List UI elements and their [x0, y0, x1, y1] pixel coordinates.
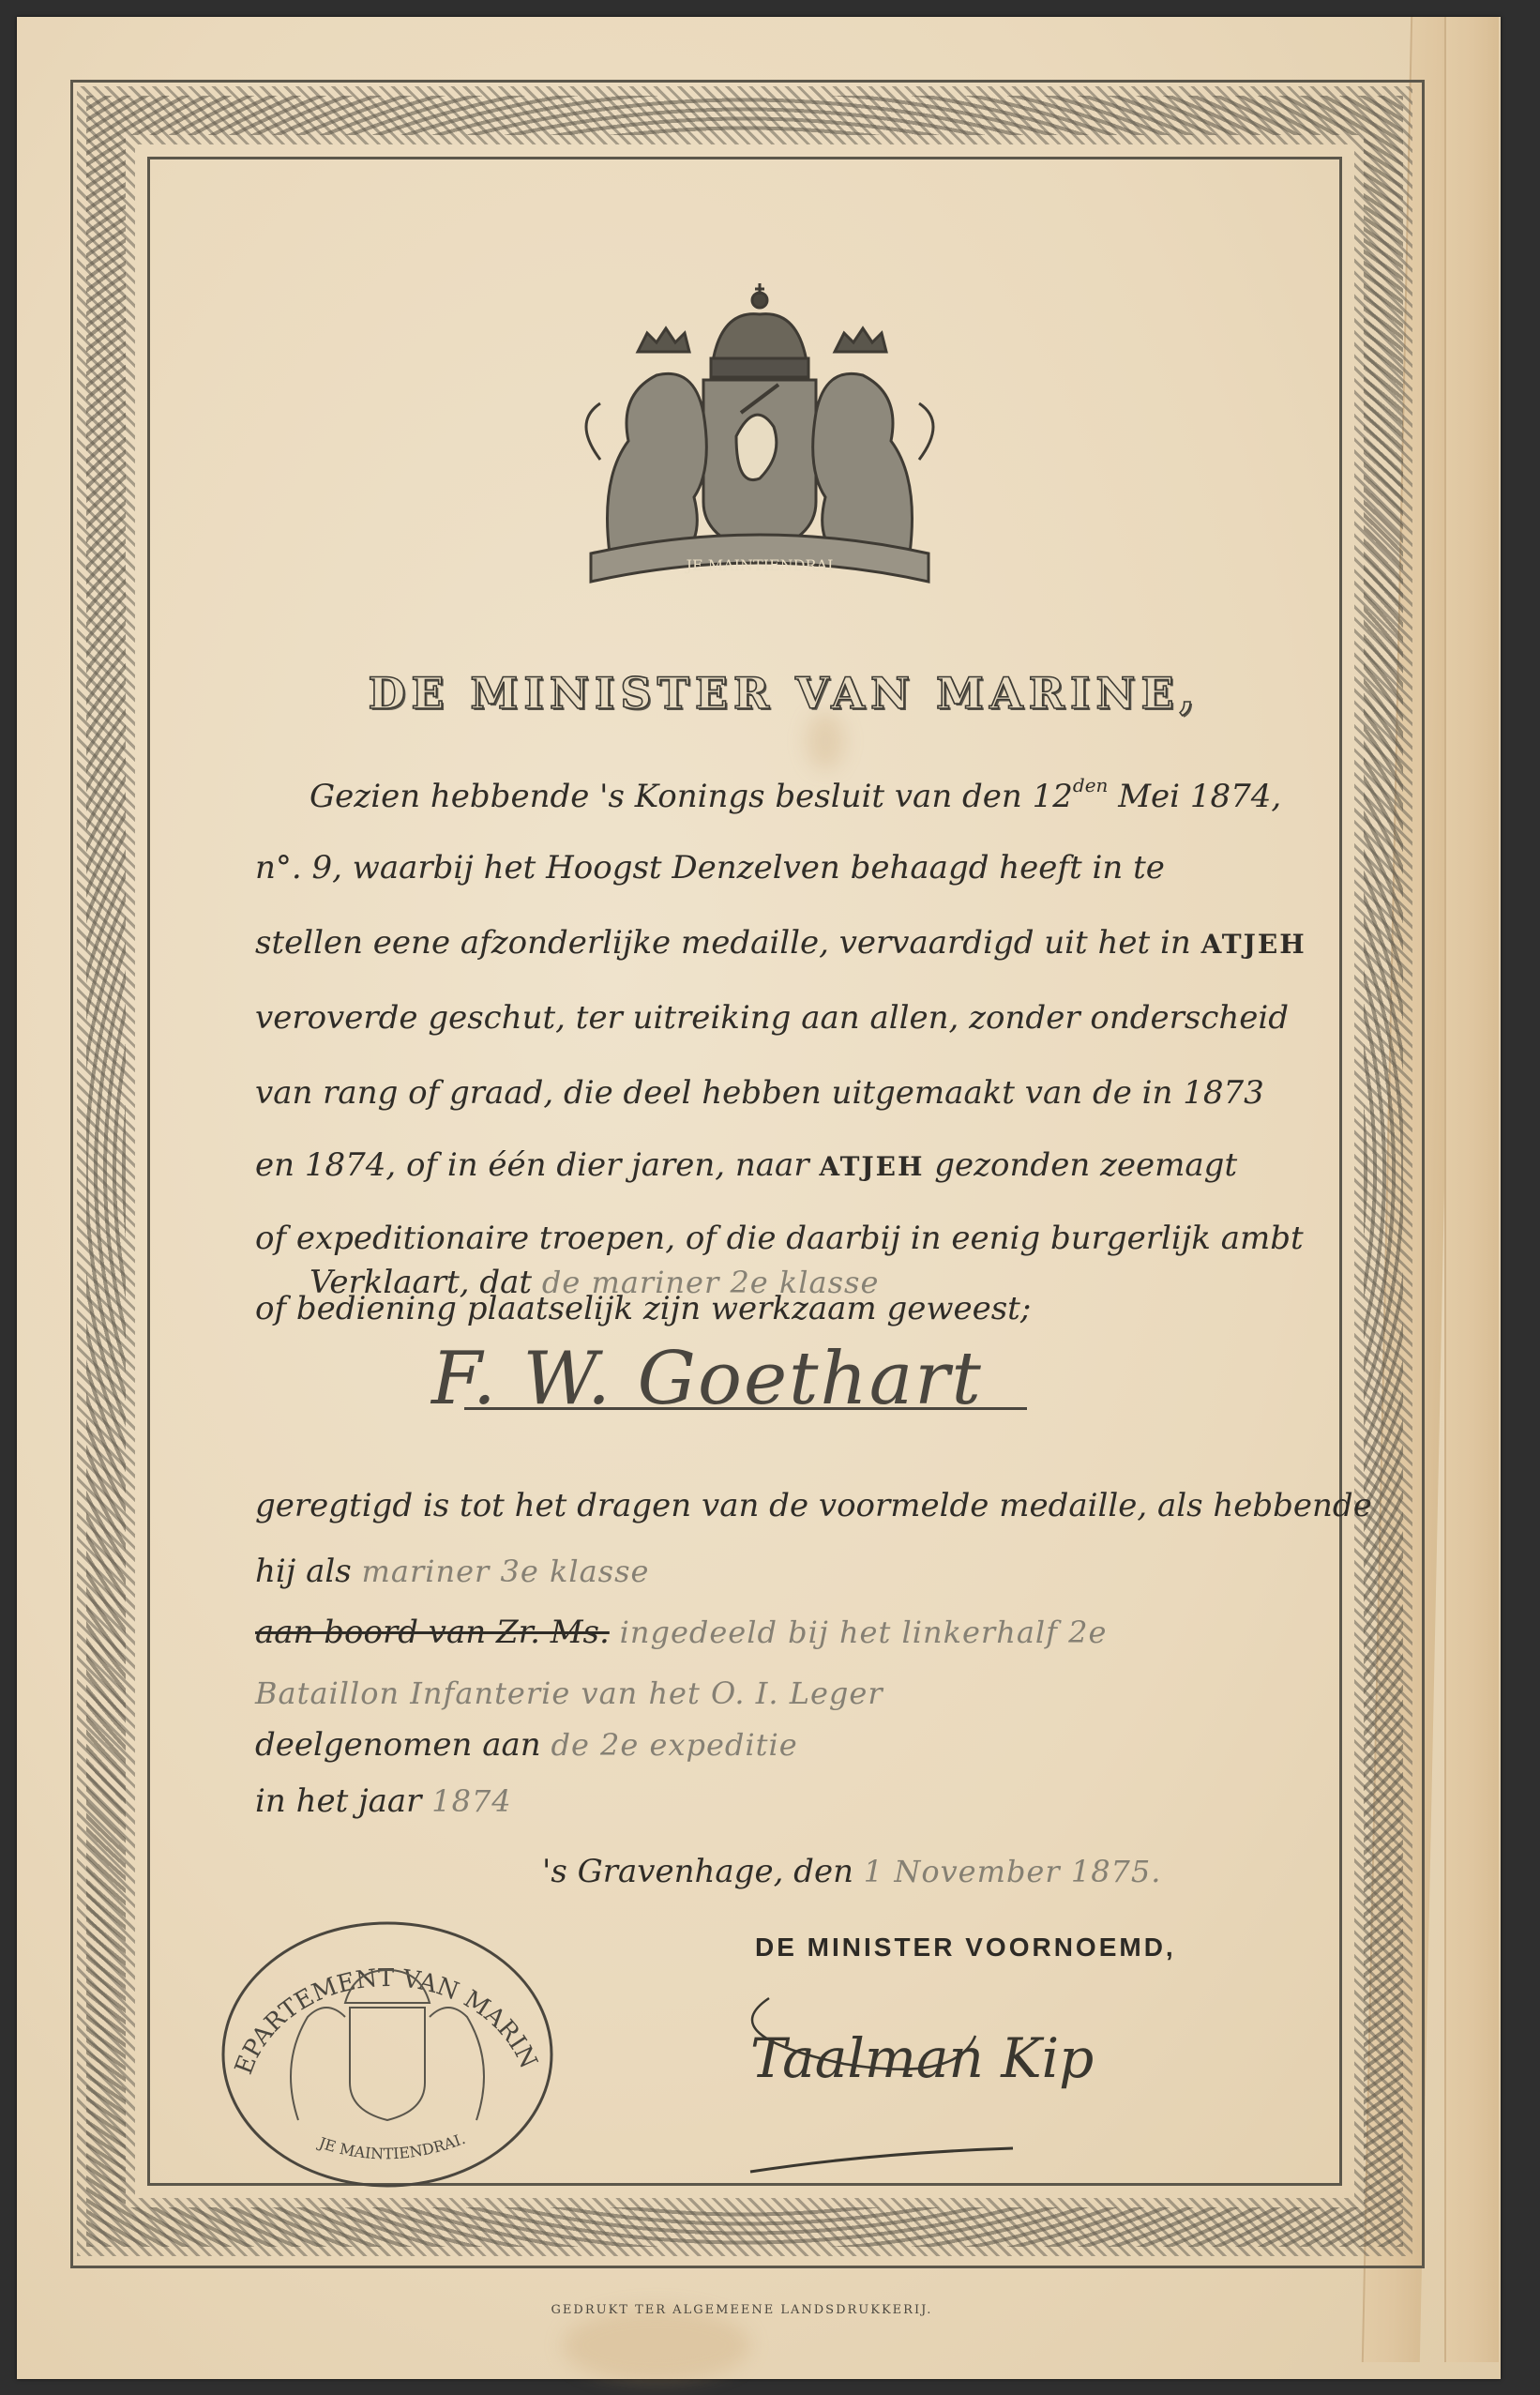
entitlement-line-6: in het jaar 1874	[255, 1782, 512, 1820]
declaration-label: Verklaart, dat	[310, 1264, 532, 1301]
printer-imprint: GEDRUKT TER ALGEMEENE LANDSDRUKKERIJ.	[0, 2303, 1484, 2317]
department-seal-icon: DEPARTEMENT VAN MARINE. JE MAINTIENDRAI.	[214, 1914, 561, 2195]
preamble-line-6: en 1874, of in één dier jaren, naar ATJE…	[255, 1146, 1237, 1184]
entitlement-label: hij als	[255, 1553, 352, 1590]
preamble-line-3: stellen eene afzonderlijke medaille, ver…	[255, 924, 1306, 962]
entitlement-line-3: aan boord van Zr. Ms. ingedeeld bij het …	[255, 1614, 1107, 1651]
preamble-line-1: Gezien hebbende 's Konings besluit van d…	[310, 774, 1281, 815]
struck-through-text: aan boord van Zr. Ms.	[255, 1614, 610, 1651]
preamble-text: stellen eene afzonderlijke medaille, ver…	[255, 924, 1201, 962]
handwritten-year: 1874	[431, 1783, 511, 1819]
entitlement-label: in het jaar	[255, 1782, 421, 1820]
entitlement-line-1: geregtigd is tot het dragen van de voorm…	[255, 1487, 1372, 1524]
handwritten-unit: ingedeeld bij het linkerhalf 2e	[620, 1614, 1108, 1650]
signatory-title: DE MINISTER VOORNOEMD,	[755, 1933, 1176, 1963]
svg-text:JE MAINTIENDRAI.: JE MAINTIENDRAI.	[315, 2130, 468, 2162]
handwritten-date: 1 November 1875.	[864, 1854, 1162, 1889]
handwritten-rank-2: mariner 3e klasse	[362, 1554, 650, 1589]
entitlement-line-2: hij als mariner 3e klasse	[255, 1553, 649, 1590]
certificate-title: DE MINISTER VAN MARINE,	[0, 668, 1540, 719]
preamble-line-2: n°. 9, waarbij het Hoogst Denzelven beha…	[255, 849, 1165, 887]
superscript: den	[1073, 774, 1109, 796]
atjeh-emphasis: ATJEH	[819, 1151, 924, 1182]
preamble-line-4: veroverde geschut, ter uitreiking aan al…	[255, 999, 1289, 1037]
paper-fold-edge-outer	[1444, 17, 1499, 2362]
name-underline	[464, 1407, 1027, 1410]
place-date-line: 's Gravenhage, den 1 November 1875.	[542, 1853, 1161, 1890]
preamble-line-5: van rang of graad, die deel hebben uitge…	[255, 1074, 1264, 1112]
signature-flourish-icon	[732, 1979, 1125, 2186]
handwritten-battalion: Bataillon Infanterie van het O. I. Leger	[255, 1675, 883, 1711]
entitlement-line-5: deelgenomen aan de 2e expeditie	[255, 1726, 798, 1764]
preamble-line-7: of expeditionaire troepen, of die daarbi…	[255, 1220, 1304, 1257]
preamble-text: en 1874, of in één dier jaren, naar	[255, 1146, 819, 1184]
handwritten-expedition: de 2e expeditie	[551, 1727, 797, 1763]
entitlement-line-4: Bataillon Infanterie van het O. I. Leger	[255, 1675, 883, 1712]
atjeh-emphasis: ATJEH	[1201, 929, 1306, 960]
preamble-text: Mei 1874,	[1108, 778, 1281, 815]
water-stain	[563, 2308, 750, 2383]
handwritten-rank: de mariner 2e klasse	[542, 1265, 880, 1300]
svg-text:JE MAINTIENDRAI: JE MAINTIENDRAI	[685, 556, 834, 574]
svg-text:DEPARTEMENT VAN MARINE.: DEPARTEMENT VAN MARINE.	[214, 1914, 542, 2078]
place-label: 's Gravenhage, den	[542, 1853, 853, 1890]
declaration-line: Verklaart, dat de mariner 2e klasse	[310, 1264, 879, 1301]
preamble-text: gezonden zeemagt	[924, 1146, 1237, 1184]
entitlement-label: deelgenomen aan	[255, 1726, 541, 1764]
preamble-text: Gezien hebbende 's Konings besluit van d…	[310, 778, 1073, 815]
royal-coat-of-arms-icon: JE MAINTIENDRAI	[572, 272, 947, 591]
